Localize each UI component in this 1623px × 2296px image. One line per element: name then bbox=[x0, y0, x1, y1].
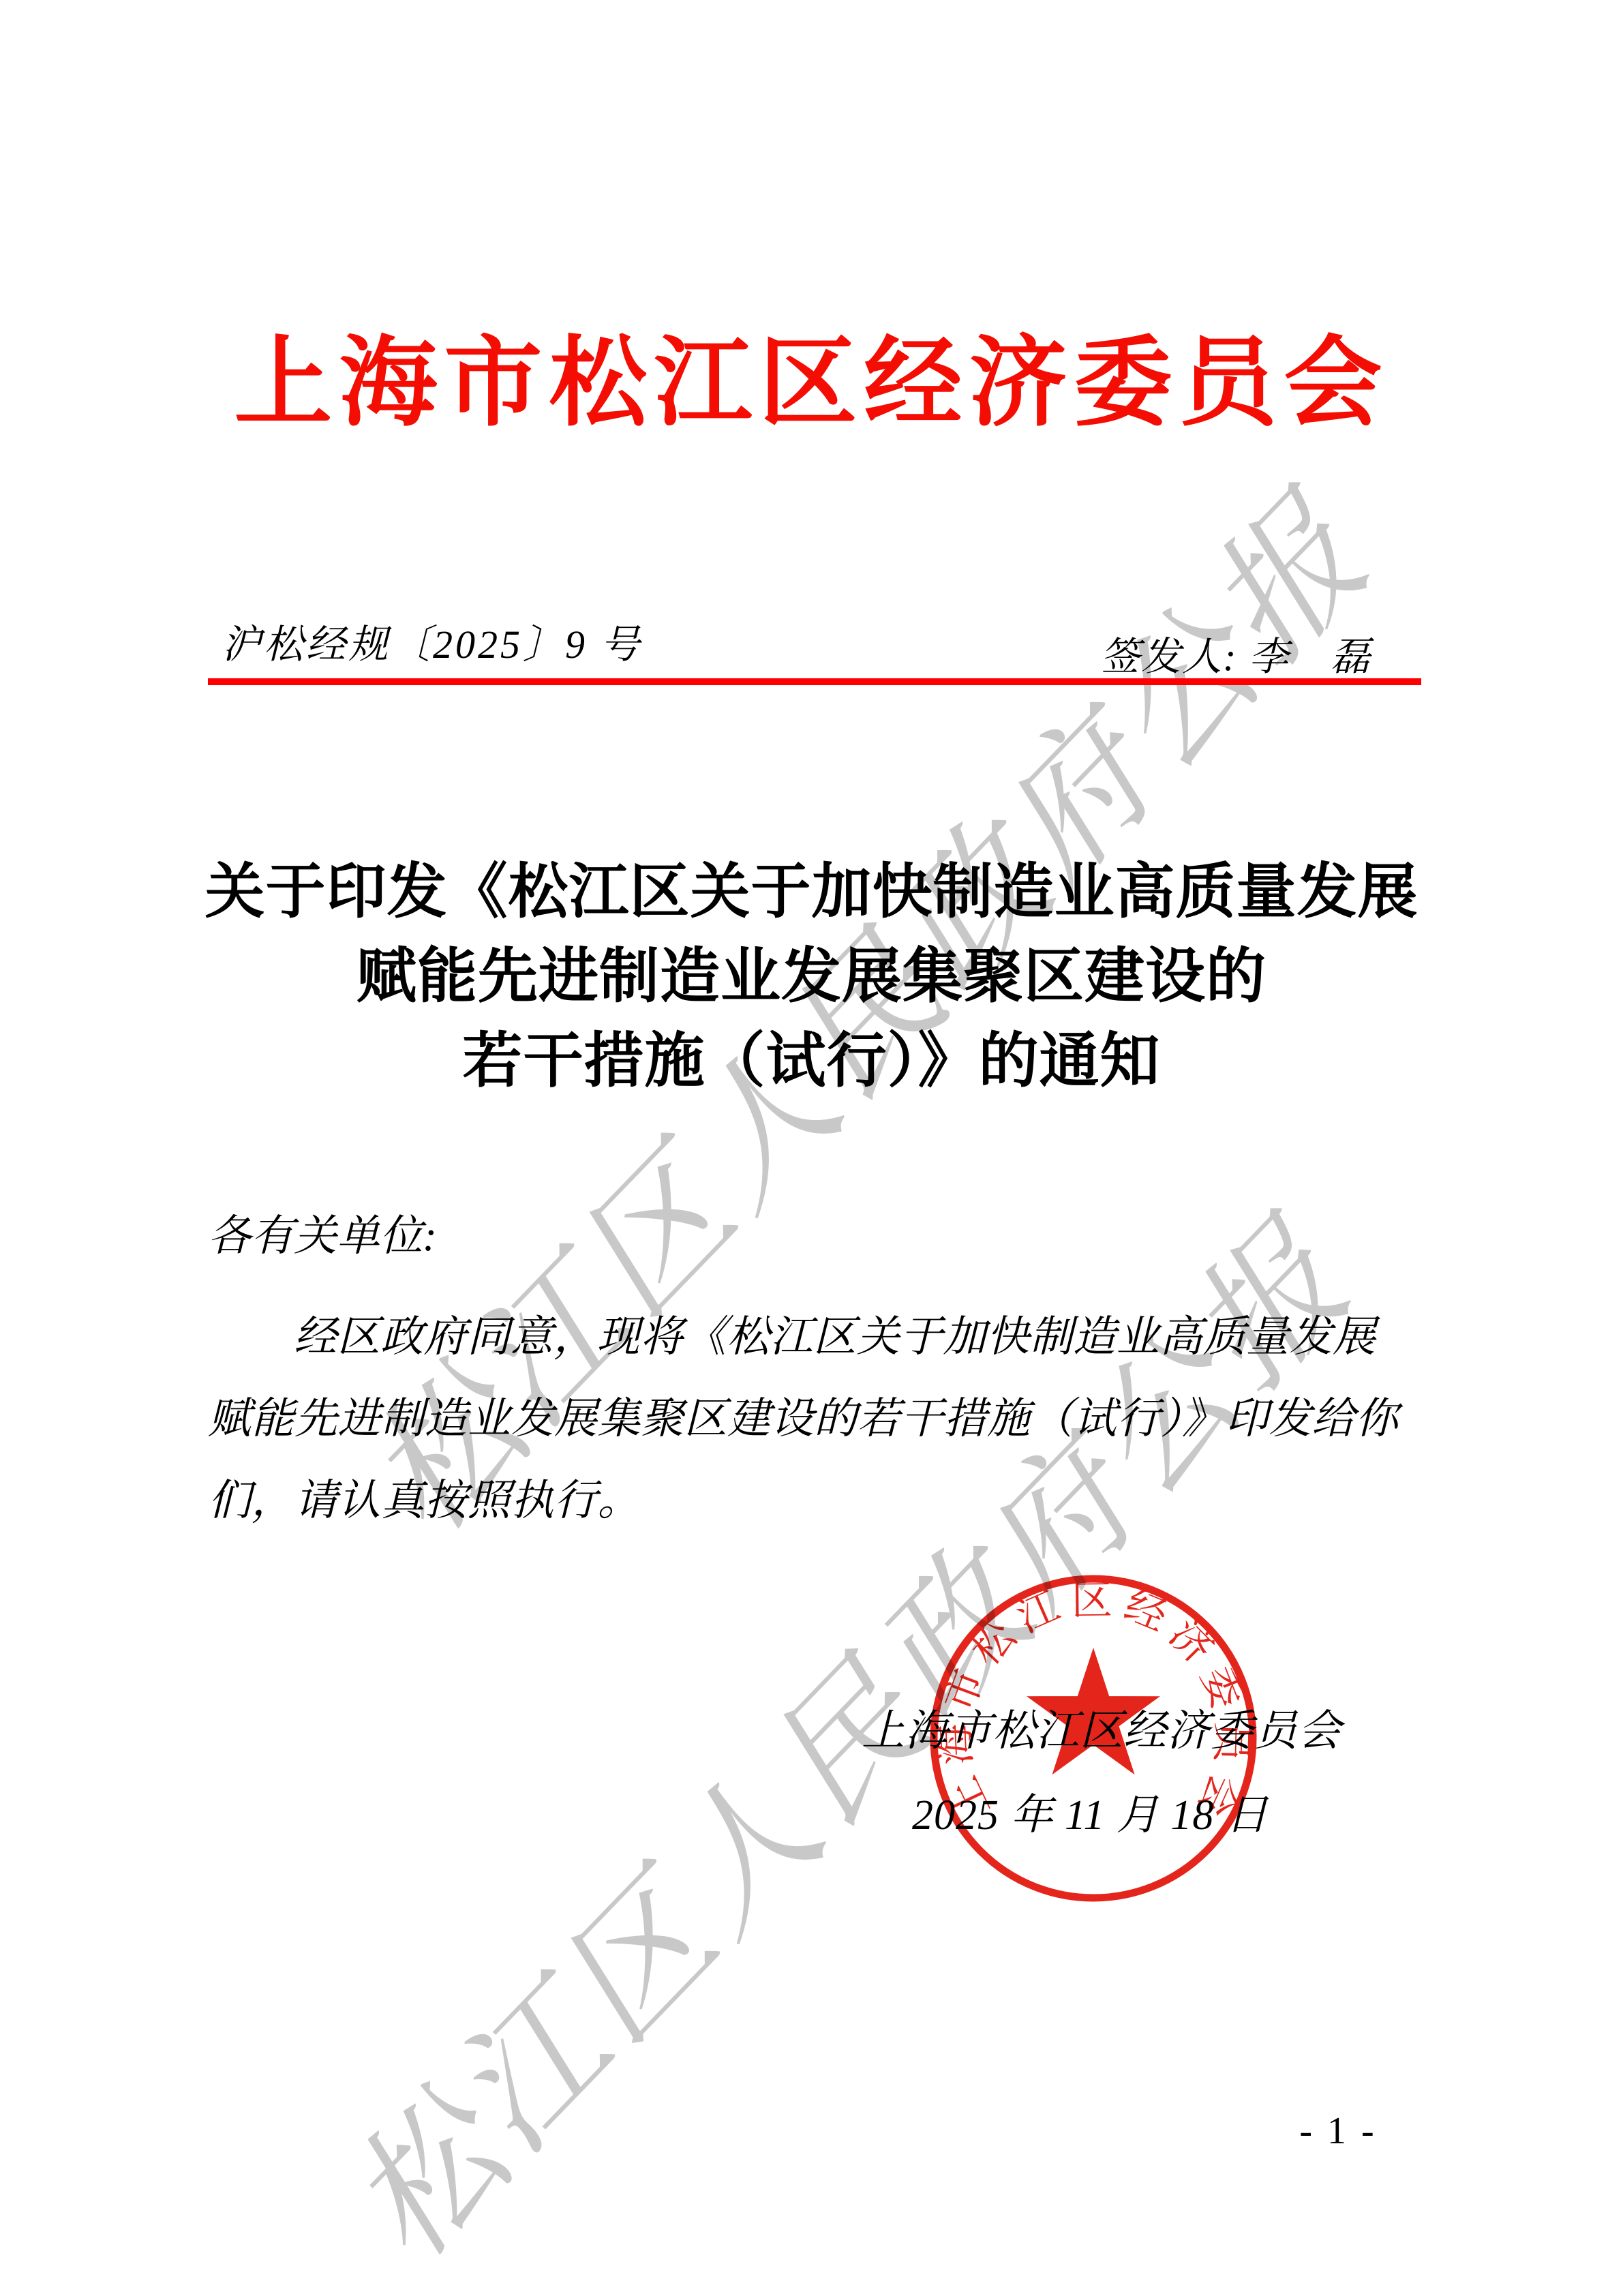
issuer: 签发人: 李 磊 bbox=[1100, 624, 1371, 682]
salutation: 各有关单位: bbox=[208, 1201, 437, 1263]
document-title-line-2: 赋能先进制造业发展集聚区建设的 bbox=[0, 935, 1623, 1020]
document-title-line-3: 若干措施（试行）》的通知 bbox=[0, 1020, 1623, 1104]
red-separator-line bbox=[208, 678, 1421, 685]
document-title: 关于印发《松江区关于加快制造业高质量发展 赋能先进制造业发展集聚区建设的 若干措… bbox=[0, 851, 1623, 1104]
star-icon bbox=[1027, 1648, 1160, 1774]
letterhead-title: 上海市松江区经济委员会 bbox=[0, 331, 1623, 438]
body-line-1: 经区政府同意，现将《松江区关于加快制造业高质量发展 bbox=[208, 1302, 1507, 1364]
body-line-3: 们，请认真按照执行。 bbox=[208, 1466, 1421, 1528]
doc-number: 沪松经规〔2025〕9 号 bbox=[222, 612, 643, 669]
document-page: 松江区人民政府公报 松江区人民政府公报 上海市松江区经济委员会 沪松经规〔202… bbox=[0, 0, 1623, 2296]
issuer-label: 签发人: bbox=[1100, 635, 1237, 679]
official-seal: 上海市松江区经济委员会 bbox=[916, 1561, 1271, 1916]
document-title-line-1: 关于印发《松江区关于加快制造业高质量发展 bbox=[0, 851, 1623, 935]
page-number: - 1 - bbox=[1280, 2109, 1396, 2153]
body-line-2: 赋能先进制造业发展集聚区建设的若干措施（试行）》印发给你 bbox=[208, 1384, 1421, 1446]
issuer-name: 李 磊 bbox=[1249, 635, 1371, 679]
